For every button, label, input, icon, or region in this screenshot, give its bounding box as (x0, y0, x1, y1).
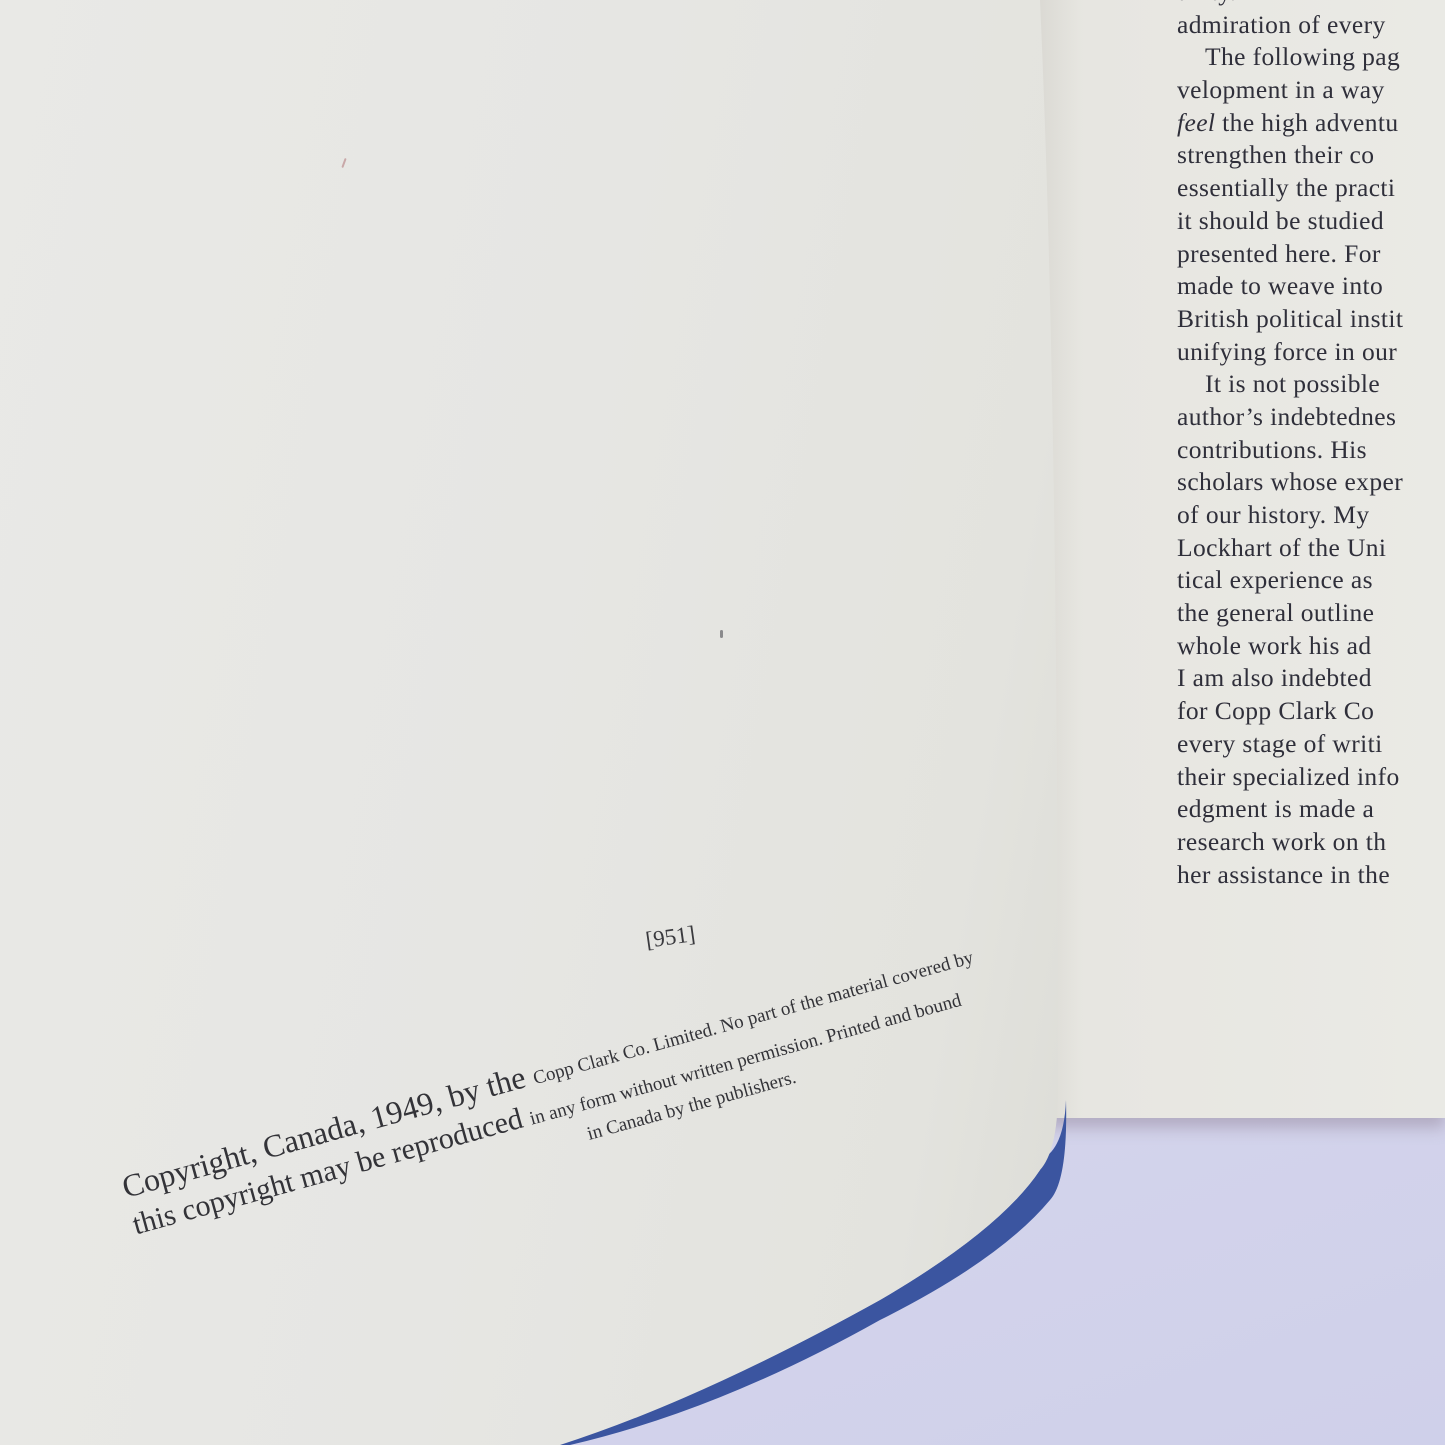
text-line: it should be studied (1177, 205, 1445, 238)
text-line: admiration of every (1177, 9, 1445, 42)
paper-speck (341, 158, 346, 168)
page-number: [951] (644, 921, 697, 954)
text-line: whole work his ad (1177, 630, 1445, 663)
text-line: I am also indebted (1177, 662, 1445, 695)
text-line: author’s indebtednes (1177, 401, 1445, 434)
text-line: unity. (1177, 0, 1445, 9)
text-line: for Copp Clark Co (1177, 695, 1445, 728)
text-line: unifying force in our (1177, 336, 1445, 369)
text-line: made to weave into (1177, 270, 1445, 303)
right-page: unity. admiration of every The following… (1000, 0, 1445, 1118)
copyright-line-2: this copyright may be reproduced in any … (129, 975, 987, 1245)
text-line: presented here. For (1177, 238, 1445, 271)
text-line: The following pag (1177, 41, 1445, 74)
text-line: her assistance in the (1177, 859, 1445, 892)
text-line: scholars whose exper (1177, 466, 1445, 499)
text-line: feel the high adventu (1177, 107, 1445, 140)
text-line: velopment in a way (1177, 74, 1445, 107)
text-line: contributions. His (1177, 434, 1445, 467)
text-line: research work on th (1177, 826, 1445, 859)
italic-word: feel (1177, 108, 1215, 137)
book-photo: unity. admiration of every The following… (0, 0, 1445, 1445)
text-line: It is not possible (1177, 368, 1445, 401)
text-line: strengthen their co (1177, 139, 1445, 172)
left-page: [951] Copyright, Canada, 1949, by the Co… (0, 0, 1060, 1445)
text-segment: the high adventu (1215, 108, 1398, 137)
copyright-notice: Copyright, Canada, 1949, by the Copp Cla… (118, 935, 995, 1273)
text-line: Lockhart of the Uni (1177, 532, 1445, 565)
text-line: the general outline (1177, 597, 1445, 630)
text-line: essentially the practi (1177, 172, 1445, 205)
paper-speck (720, 630, 723, 638)
text-line: British political instit (1177, 303, 1445, 336)
text-line: edgment is made a (1177, 793, 1445, 826)
text-line: of our history. My (1177, 499, 1445, 532)
text-line: every stage of writi (1177, 728, 1445, 761)
preface-text: unity. admiration of every The following… (1177, 0, 1445, 891)
text-line: their specialized info (1177, 761, 1445, 794)
text-line: tical experience as (1177, 564, 1445, 597)
